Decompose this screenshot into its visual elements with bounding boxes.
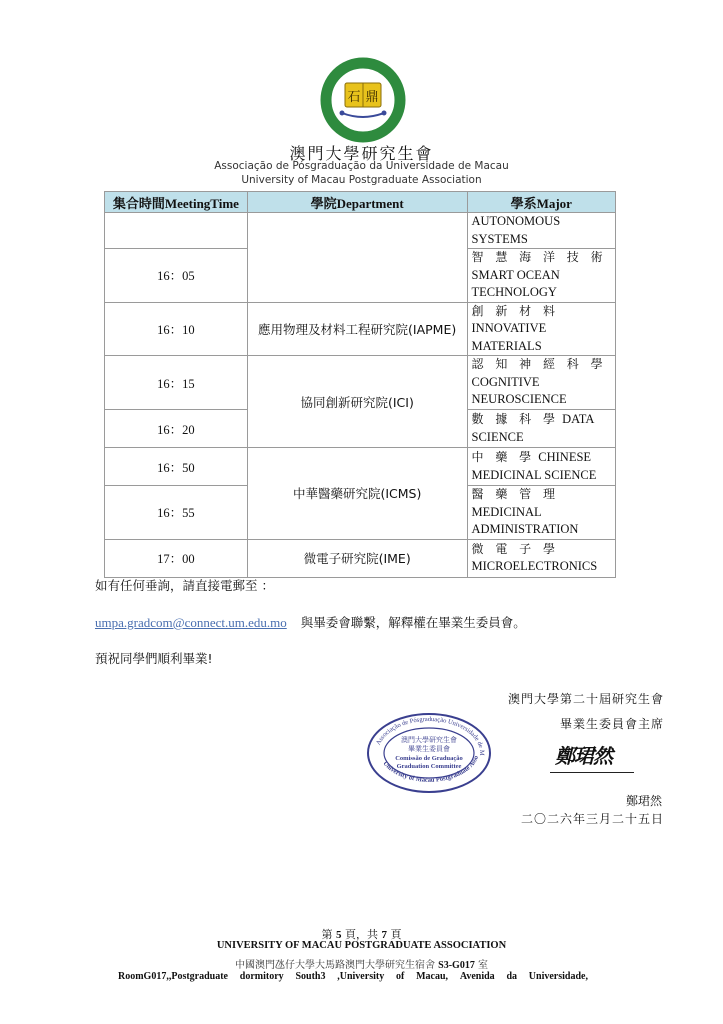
signatory-name: 鄭珺然 [626, 792, 662, 809]
major-chinese: 中 藥 學 [472, 450, 536, 464]
meeting-time-cell: 16：50 [105, 448, 248, 486]
org-name-english: University of Macau Postgraduate Associa… [0, 174, 723, 186]
meeting-time-cell [105, 213, 248, 249]
table-header-row: 集合時間MeetingTime 學院Department 學系Major [105, 192, 616, 213]
svg-text:澳門大學研究生會: 澳門大學研究生會 [401, 735, 457, 744]
meeting-time-cell: 16：10 [105, 302, 248, 356]
footer-address-english: RoomG017,,Postgraduate dormitory South3 … [118, 971, 588, 982]
major-chinese: 創 新 材 料 [472, 304, 559, 318]
column-header-meeting-time: 集合時間MeetingTime [105, 192, 248, 213]
handwritten-signature: 鄭珺然 [555, 740, 612, 769]
major-cell: 醫 藥 管 理 MEDICINAL ADMINISTRATION [467, 486, 616, 540]
address-word: da [506, 971, 517, 982]
address-word: Macau, [416, 971, 448, 982]
major-cell: AUTONOMOUS SYSTEMS [467, 213, 616, 249]
major-chinese: 數 據 科 學 [472, 412, 559, 426]
meeting-time-cell: 16：05 [105, 249, 248, 303]
signature-line [550, 772, 634, 773]
svg-text:畢業生委員會: 畢業生委員會 [408, 744, 450, 753]
contact-text: 與畢委會聯繫，解釋權在畢業生委員會。 [301, 615, 526, 630]
address-cn: 中國澳門氹仔大學大馬路澳門大學研究生宿舍 [235, 960, 435, 971]
org-name-portuguese: Associação de Pósgraduação da Universida… [0, 160, 723, 172]
major-chinese: 微 電 子 學 [472, 542, 559, 556]
address-word: of [396, 971, 404, 982]
address-room: S3-G017 [438, 960, 475, 971]
committee-stamp-icon: Associação de Pósgraduação Universidade … [366, 712, 492, 794]
major-english: AUTONOMOUS SYSTEMS [472, 214, 561, 246]
column-header-department: 學院Department [247, 192, 467, 213]
major-chinese: 智 慧 海 洋 技 術 [472, 250, 607, 264]
table-row: 16：10 應用物理及材料工程研究院(IAPME) 創 新 材 料INNOVAT… [105, 302, 616, 356]
major-cell: 數 據 科 學 DATA SCIENCE [467, 410, 616, 448]
major-cell: 微 電 子 學MICROELECTRONICS [467, 539, 616, 577]
major-cell: 智 慧 海 洋 技 術 SMART OCEAN TECHNOLOGY [467, 249, 616, 303]
major-english: COGNITIVE NEUROSCIENCE [472, 375, 567, 407]
major-cell: 中 藥 學 CHINESE MEDICINAL SCIENCE [467, 448, 616, 486]
footer-organization: UNIVERSITY OF MACAU POSTGRADUATE ASSOCIA… [0, 940, 723, 951]
address-word: South3 [295, 971, 325, 982]
department-cell: 協同創新研究院(ICI) [247, 356, 467, 448]
svg-text:鼎: 鼎 [365, 90, 378, 105]
inquiry-note: 如有任何垂詢，請直接電郵至 ： [95, 576, 274, 594]
major-english: INNOVATIVE MATERIALS [472, 321, 547, 353]
department-cell [247, 213, 467, 303]
major-english: MEDICINAL ADMINISTRATION [472, 505, 579, 537]
svg-text:石: 石 [347, 90, 360, 105]
umpa-logo-icon: 石 鼎 [320, 57, 406, 143]
wishes-note: 預祝同學們順利畢業! [95, 649, 213, 667]
table-row: AUTONOMOUS SYSTEMS [105, 213, 616, 249]
major-chinese: 認 知 神 經 科 學 [472, 357, 607, 371]
department-cell: 微電子研究院(IME) [247, 539, 467, 577]
meeting-time-cell: 16：15 [105, 356, 248, 410]
footer-address-chinese: 中國澳門氹仔大學大馬路澳門大學研究生宿舍 S3-G017 室 [0, 956, 723, 971]
signatory-title: 畢業生委員會主席 [560, 715, 664, 732]
meeting-time-cell: 16：55 [105, 486, 248, 540]
meeting-time-cell: 17：00 [105, 539, 248, 577]
table-row: 16：15 協同創新研究院(ICI) 認 知 神 經 科 學COGNITIVE … [105, 356, 616, 410]
department-cell: 應用物理及材料工程研究院(IAPME) [247, 302, 467, 356]
address-suffix: 室 [478, 960, 488, 971]
major-chinese: 醫 藥 管 理 [472, 487, 559, 501]
svg-text:Comissão de Graduação: Comissão de Graduação [395, 755, 463, 762]
contact-email-link[interactable]: umpa.gradcom@connect.um.edu.mo [95, 615, 287, 630]
major-cell: 認 知 神 經 科 學COGNITIVE NEUROSCIENCE [467, 356, 616, 410]
address-word: Universidade, [529, 971, 588, 982]
address-word: Avenida [460, 971, 495, 982]
major-cell: 創 新 材 料INNOVATIVE MATERIALS [467, 302, 616, 356]
address-word: RoomG017,,Postgraduate [118, 971, 228, 982]
signature-date: 二〇二六年三月二十五日 [521, 810, 664, 827]
address-word: dormitory [240, 971, 284, 982]
table-row: 16：50 中華醫藥研究院(ICMS) 中 藥 學 CHINESE MEDICI… [105, 448, 616, 486]
table-row: 17：00 微電子研究院(IME) 微 電 子 學MICROELECTRONIC… [105, 539, 616, 577]
contact-note: umpa.gradcom@connect.um.edu.mo與畢委會聯繫，解釋權… [95, 613, 526, 631]
meeting-schedule-table: 集合時間MeetingTime 學院Department 學系Major AUT… [104, 191, 616, 578]
department-cell: 中華醫藥研究院(ICMS) [247, 448, 467, 540]
svg-text:Graduation Committee: Graduation Committee [397, 763, 462, 770]
signatory-organization: 澳門大學第二十屆研究生會 [508, 690, 664, 707]
major-english: SMART OCEAN TECHNOLOGY [472, 268, 560, 300]
major-english: MICROELECTRONICS [472, 559, 598, 573]
column-header-major: 學系Major [467, 192, 616, 213]
meeting-time-cell: 16：20 [105, 410, 248, 448]
address-word: ,University [337, 971, 384, 982]
